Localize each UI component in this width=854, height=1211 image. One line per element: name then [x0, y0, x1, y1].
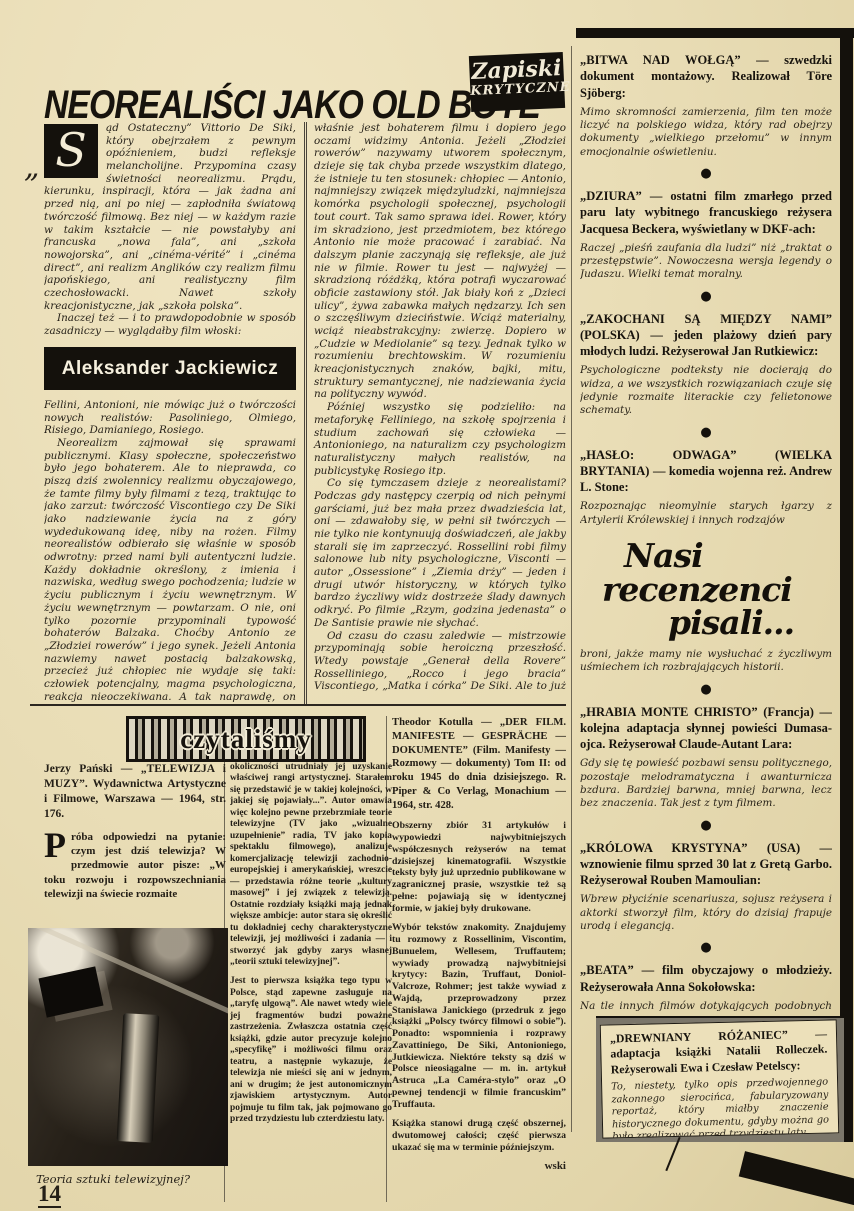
review-book-signature: wski — [392, 1160, 566, 1172]
review-body: Psychologiczne podteksty nie docierają d… — [580, 364, 832, 417]
review-book-paragraph: Obszerny zbiór 31 artykułów i wypowiedzi… — [392, 820, 566, 914]
article-paragraph: Fellini, Antonioni, nie mówiąc już o twó… — [44, 399, 296, 437]
photo-camera-shape — [38, 966, 103, 1017]
review-tv-paragraph: Próba odpowiedzi na pytanie: czym jest d… — [44, 830, 226, 901]
czytalismy-label: czytaliśmy — [180, 724, 311, 755]
article-paragraph: Później wszystko się podzieliło: na meta… — [314, 401, 566, 477]
review-tv-column-1: Jerzy Pański — „TELEWIZJA i MUZY”. Wydaw… — [44, 762, 226, 909]
review-heading: „BITWA NAD WOŁGĄ” — szwedzki dokument mo… — [580, 52, 832, 101]
review-body: Mimo skromności zamierzenia, film ten mo… — [580, 106, 832, 159]
photo-camera-pedestal — [117, 1013, 160, 1143]
badge-line-2: KRYTYCZNE — [470, 80, 565, 99]
review-body: Raczej „pieśń zaufania dla ludzi” niż „t… — [580, 242, 832, 282]
opening-quote-mark: „ — [24, 150, 40, 185]
sidebar-review-drewniany: „DREWNIANY RÓŻANIEC” — adaptacja książki… — [600, 1019, 840, 1138]
review-book-paragraph: Wybór tekstów znakomity. Znajdujemy tu r… — [392, 922, 566, 1110]
review-heading: „DZIURA” — ostatni film zmarłego przed p… — [580, 188, 832, 237]
dot-divider: ● — [580, 682, 832, 697]
dot-divider: ● — [580, 289, 832, 304]
headline-line: Nasi — [624, 539, 832, 573]
zapiski-krytyczne-badge: Zapiski KRYTYCZNE — [469, 52, 565, 112]
tv-studio-photo — [28, 928, 228, 1166]
review-book-lead: Theodor Kotulla — „DER FILM. MANIFESTE —… — [392, 716, 566, 812]
review-tv-paragraph: okoliczności utrudniały jej uzyskanie wł… — [230, 762, 392, 968]
article-paragraph: Inaczej też — i to prawdopodobnie w spos… — [44, 312, 296, 337]
sidebar-top-bar — [576, 28, 854, 38]
review-sidebar: „BITWA NAD WOŁGĄ” — szwedzki dokument mo… — [580, 52, 832, 1014]
pen-stroke-mark — [665, 1137, 680, 1171]
sidebar-left-rule — [571, 46, 572, 1132]
dot-divider: ● — [580, 425, 832, 440]
author-byline: Aleksander Jackiewicz — [44, 347, 296, 390]
review-body: Na tle innych filmów dotykających podobn… — [580, 1000, 832, 1014]
article-paragraph: Sąd Ostateczny” Vittorio De Siki, który … — [44, 122, 296, 312]
dot-divider: ● — [580, 818, 832, 833]
sidebar-review-zakochani: „ZAKOCHANI SĄ MIĘDZY NAMI” (POLSKA) — je… — [580, 311, 832, 440]
review-body: Wbrew płyciźnie scenariusza, sojusz reży… — [580, 893, 832, 933]
review-heading: „KRÓLOWA KRYSTYNA” (USA) — wznowienie fi… — [580, 840, 832, 889]
dot-divider: ● — [580, 166, 832, 181]
czytalismy-section-header: czytaliśmy — [126, 716, 366, 762]
sidebar-review-bitwa: „BITWA NAD WOŁGĄ” — szwedzki dokument mo… — [580, 52, 832, 181]
magazine-page: NEOREALIŚCI JAKO OLD BOYE Zapiski KRYTYC… — [0, 0, 854, 1211]
review-body: Rozpoznając nieomylnie starych łgarzy z … — [580, 500, 832, 527]
review-heading: „HRABIA MONTE CHRISTO” (Francja) — kolej… — [580, 704, 832, 753]
review-tv-paragraph: Jest to pierwsza książka tego typu w Pol… — [230, 976, 392, 1125]
review-body: broni, jakże mamy nie wysłuchać z życzli… — [580, 648, 832, 675]
review-tv-lead: Jerzy Pański — „TELEWIZJA i MUZY”. Wydaw… — [44, 762, 226, 822]
sidebar-review-haslo-odwaga: „HASŁO: ODWAGA” (WIELKA BRYTANIA) — kome… — [580, 447, 832, 527]
review-heading: „ZAKOCHANI SĄ MIĘDZY NAMI” (POLSKA) — je… — [580, 311, 832, 360]
review-tv-text: róba odpowiedzi na pytanie: czym jest dz… — [44, 831, 226, 900]
grey-panel: „DREWNIANY RÓŻANIEC” — adaptacja książki… — [596, 1016, 844, 1142]
headline-line: recenzenci — [602, 573, 832, 607]
sidebar-review-krolowa: „KRÓLOWA KRYSTYNA” (USA) — wznowienie fi… — [580, 840, 832, 956]
review-tv-column-2: okoliczności utrudniały jej uzyskanie wł… — [230, 762, 392, 1204]
review-book-paragraph: Książka stanowi drugą część obszernej, d… — [392, 1118, 566, 1153]
sidebar-review-beata: „BEATA” — film obyczajowy o młodzieży. R… — [580, 962, 832, 1014]
sidebar-right-bar — [840, 28, 853, 1142]
sidebar-review-continuation: broni, jakże mamy nie wysłuchać z życzli… — [580, 648, 832, 697]
sidebar-review-dziura: „DZIURA” — ostatni film zmarłego przed p… — [580, 188, 832, 304]
review-heading: „BEATA” — film obyczajowy o młodzieży. R… — [580, 962, 832, 995]
section-divider-rule — [30, 704, 566, 706]
nasi-recenzenci-headline: Nasi recenzenci pisali... — [580, 539, 832, 640]
review-body: To, niestety, tylko opis przedwojennego … — [611, 1077, 829, 1139]
headline-line: pisali... — [668, 606, 832, 640]
article-paragraph: Co się tymczasem dzieje z neorealistami?… — [314, 477, 566, 629]
review-book-column: Theodor Kotulla — „DER FILM. MANIFESTE —… — [392, 716, 566, 1168]
review-body: Gdy się tę powieść pozbawi sensu polityc… — [580, 757, 832, 810]
dot-divider: ● — [580, 940, 832, 955]
main-article-body: Sąd Ostateczny” Vittorio De Siki, który … — [44, 122, 566, 704]
review-heading: „HASŁO: ODWAGA” (WIELKA BRYTANIA) — kome… — [580, 447, 832, 496]
page-number: 14 — [38, 1182, 61, 1208]
dropcap-p: P — [44, 830, 71, 860]
corner-black-wedge — [739, 1151, 854, 1207]
sidebar-review-hrabia: „HRABIA MONTE CHRISTO” (Francja) — kolej… — [580, 704, 832, 833]
review-heading: „DREWNIANY RÓŻANIEC” — adaptacja książki… — [610, 1027, 828, 1078]
dropcap-s: S — [44, 124, 98, 178]
